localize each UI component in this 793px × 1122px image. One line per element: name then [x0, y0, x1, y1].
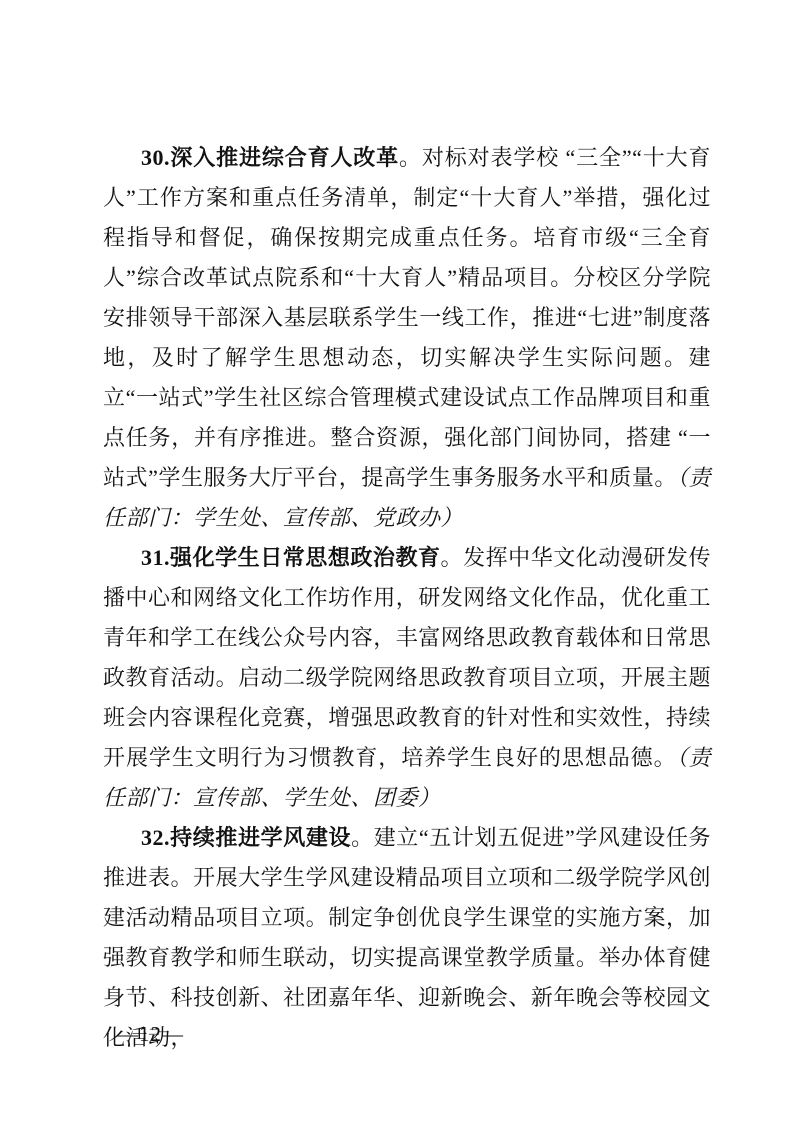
page-number: —12—: [117, 1019, 184, 1049]
paragraph-30-body: 对标对表学校 “三全”“十大育人”工作方案和重点任务清单，制定“十大育人”举措，…: [103, 145, 711, 490]
paragraph-30: 30.深入推进综合育人改革。对标对表学校 “三全”“十大育人”工作方案和重点任务…: [103, 138, 711, 538]
paragraph-30-separator: 。: [399, 145, 422, 170]
document-page: 30.深入推进综合育人改革。对标对表学校 “三全”“十大育人”工作方案和重点任务…: [0, 0, 793, 1122]
paragraph-30-heading: 30.深入推进综合育人改革: [141, 145, 399, 170]
document-body: 30.深入推进综合育人改革。对标对表学校 “三全”“十大育人”工作方案和重点任务…: [103, 138, 711, 1058]
paragraph-32-heading: 32.持续推进学风建设: [141, 825, 351, 850]
paragraph-32-separator: 。: [351, 825, 374, 850]
paragraph-31-heading: 31.强化学生日常思想政治教育: [141, 545, 441, 570]
paragraph-32: 32.持续推进学风建设。建立“五计划五促进”学风建设任务推进表。开展大学生学风建…: [103, 818, 711, 1058]
paragraph-32-body: 建立“五计划五促进”学风建设任务推进表。开展大学生学风建设精品项目立项和二级学院…: [103, 825, 711, 1050]
paragraph-31-body: 发挥中华文化动漫研发传播中心和网络文化工作坊作用，研发网络文化作品，优化重工青年…: [103, 545, 711, 770]
paragraph-31-separator: 。: [441, 545, 464, 570]
paragraph-31: 31.强化学生日常思想政治教育。发挥中华文化动漫研发传播中心和网络文化工作坊作用…: [103, 538, 711, 818]
